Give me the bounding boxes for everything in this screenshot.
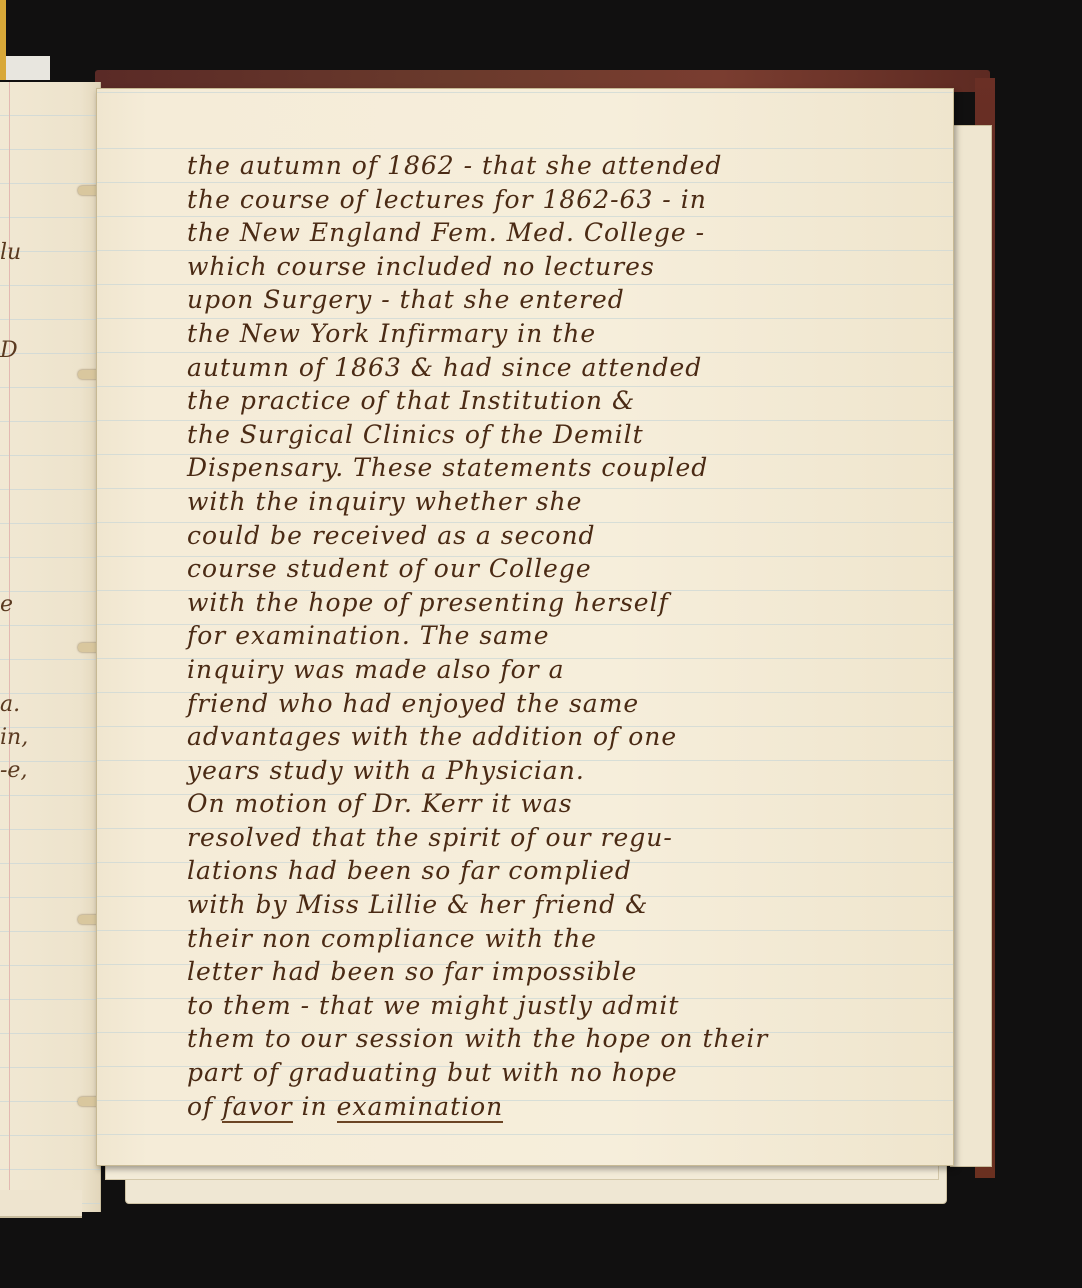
text-line: resolved that the spirit of our regu- bbox=[187, 821, 947, 855]
text-line: Dispensary. These statements coupled bbox=[187, 451, 947, 485]
text-line: the Surgical Clinics of the Demilt bbox=[187, 418, 947, 452]
text-line: the autumn of 1862 - that she attended bbox=[187, 149, 947, 183]
left-text-fragment: lu bbox=[0, 240, 21, 265]
underlying-page-edge bbox=[950, 125, 992, 1167]
text-line: the practice of that Institution & bbox=[187, 384, 947, 418]
text-line-final: of favor in examination bbox=[187, 1090, 947, 1124]
text-line: course student of our College bbox=[187, 552, 947, 586]
underlined-word: examination bbox=[337, 1092, 504, 1123]
left-text-fragment: in, bbox=[0, 725, 28, 750]
left-page-stack bbox=[0, 1190, 82, 1218]
left-text-fragment: D bbox=[0, 338, 18, 363]
text-line: the New England Fem. Med. College - bbox=[187, 216, 947, 250]
text-line: with by Miss Lillie & her friend & bbox=[187, 888, 947, 922]
text-line: lations had been so far complied bbox=[187, 854, 947, 888]
text-fragment: of bbox=[187, 1092, 222, 1121]
text-line: with the inquiry whether she bbox=[187, 485, 947, 519]
underlined-word: favor bbox=[222, 1092, 292, 1123]
text-line: to them - that we might justly admit bbox=[187, 989, 947, 1023]
text-line: letter had been so far impossible bbox=[187, 955, 947, 989]
text-line: upon Surgery - that she entered bbox=[187, 283, 947, 317]
text-line: advantages with the addition of one bbox=[187, 720, 947, 754]
text-line: years study with a Physician. bbox=[187, 754, 947, 788]
text-line: autumn of 1863 & had since attended bbox=[187, 351, 947, 385]
handwritten-text: the autumn of 1862 - that she attended t… bbox=[187, 149, 947, 1123]
main-page: the autumn of 1862 - that she attended t… bbox=[96, 88, 954, 1166]
text-fragment: in bbox=[293, 1092, 337, 1121]
white-paper-scrap bbox=[6, 56, 50, 80]
text-line: for examination. The same bbox=[187, 619, 947, 653]
text-line: friend who had enjoyed the same bbox=[187, 687, 947, 721]
left-text-fragment: -e, bbox=[0, 758, 27, 783]
text-line: them to our session with the hope on the… bbox=[187, 1022, 947, 1056]
left-text-fragment: e bbox=[0, 592, 13, 617]
text-line: inquiry was made also for a bbox=[187, 653, 947, 687]
text-line: with the hope of presenting herself bbox=[187, 586, 947, 620]
manuscript-photo: lu D e a. in, -e, the autumn of 1862 - t… bbox=[0, 0, 1082, 1288]
text-line: part of graduating but with no hope bbox=[187, 1056, 947, 1090]
text-line: which course included no lectures bbox=[187, 250, 947, 284]
text-line: could be received as a second bbox=[187, 519, 947, 553]
text-line: the New York Infirmary in the bbox=[187, 317, 947, 351]
text-line: the course of lectures for 1862-63 - in bbox=[187, 183, 947, 217]
left-text-fragment: a. bbox=[0, 692, 20, 717]
text-line: their non compliance with the bbox=[187, 922, 947, 956]
text-line: On motion of Dr. Kerr it was bbox=[187, 787, 947, 821]
